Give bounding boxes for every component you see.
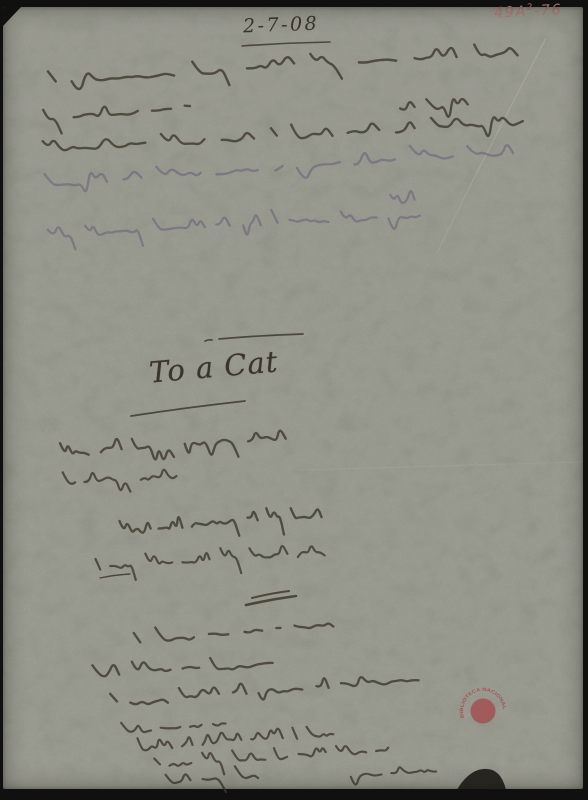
manuscript-scan: BIBLIOTECA NACIONAL <box>0 0 588 800</box>
manuscript-photo: BIBLIOTECA NACIONAL 2-7-08 49A2-76 To a … <box>0 0 588 800</box>
